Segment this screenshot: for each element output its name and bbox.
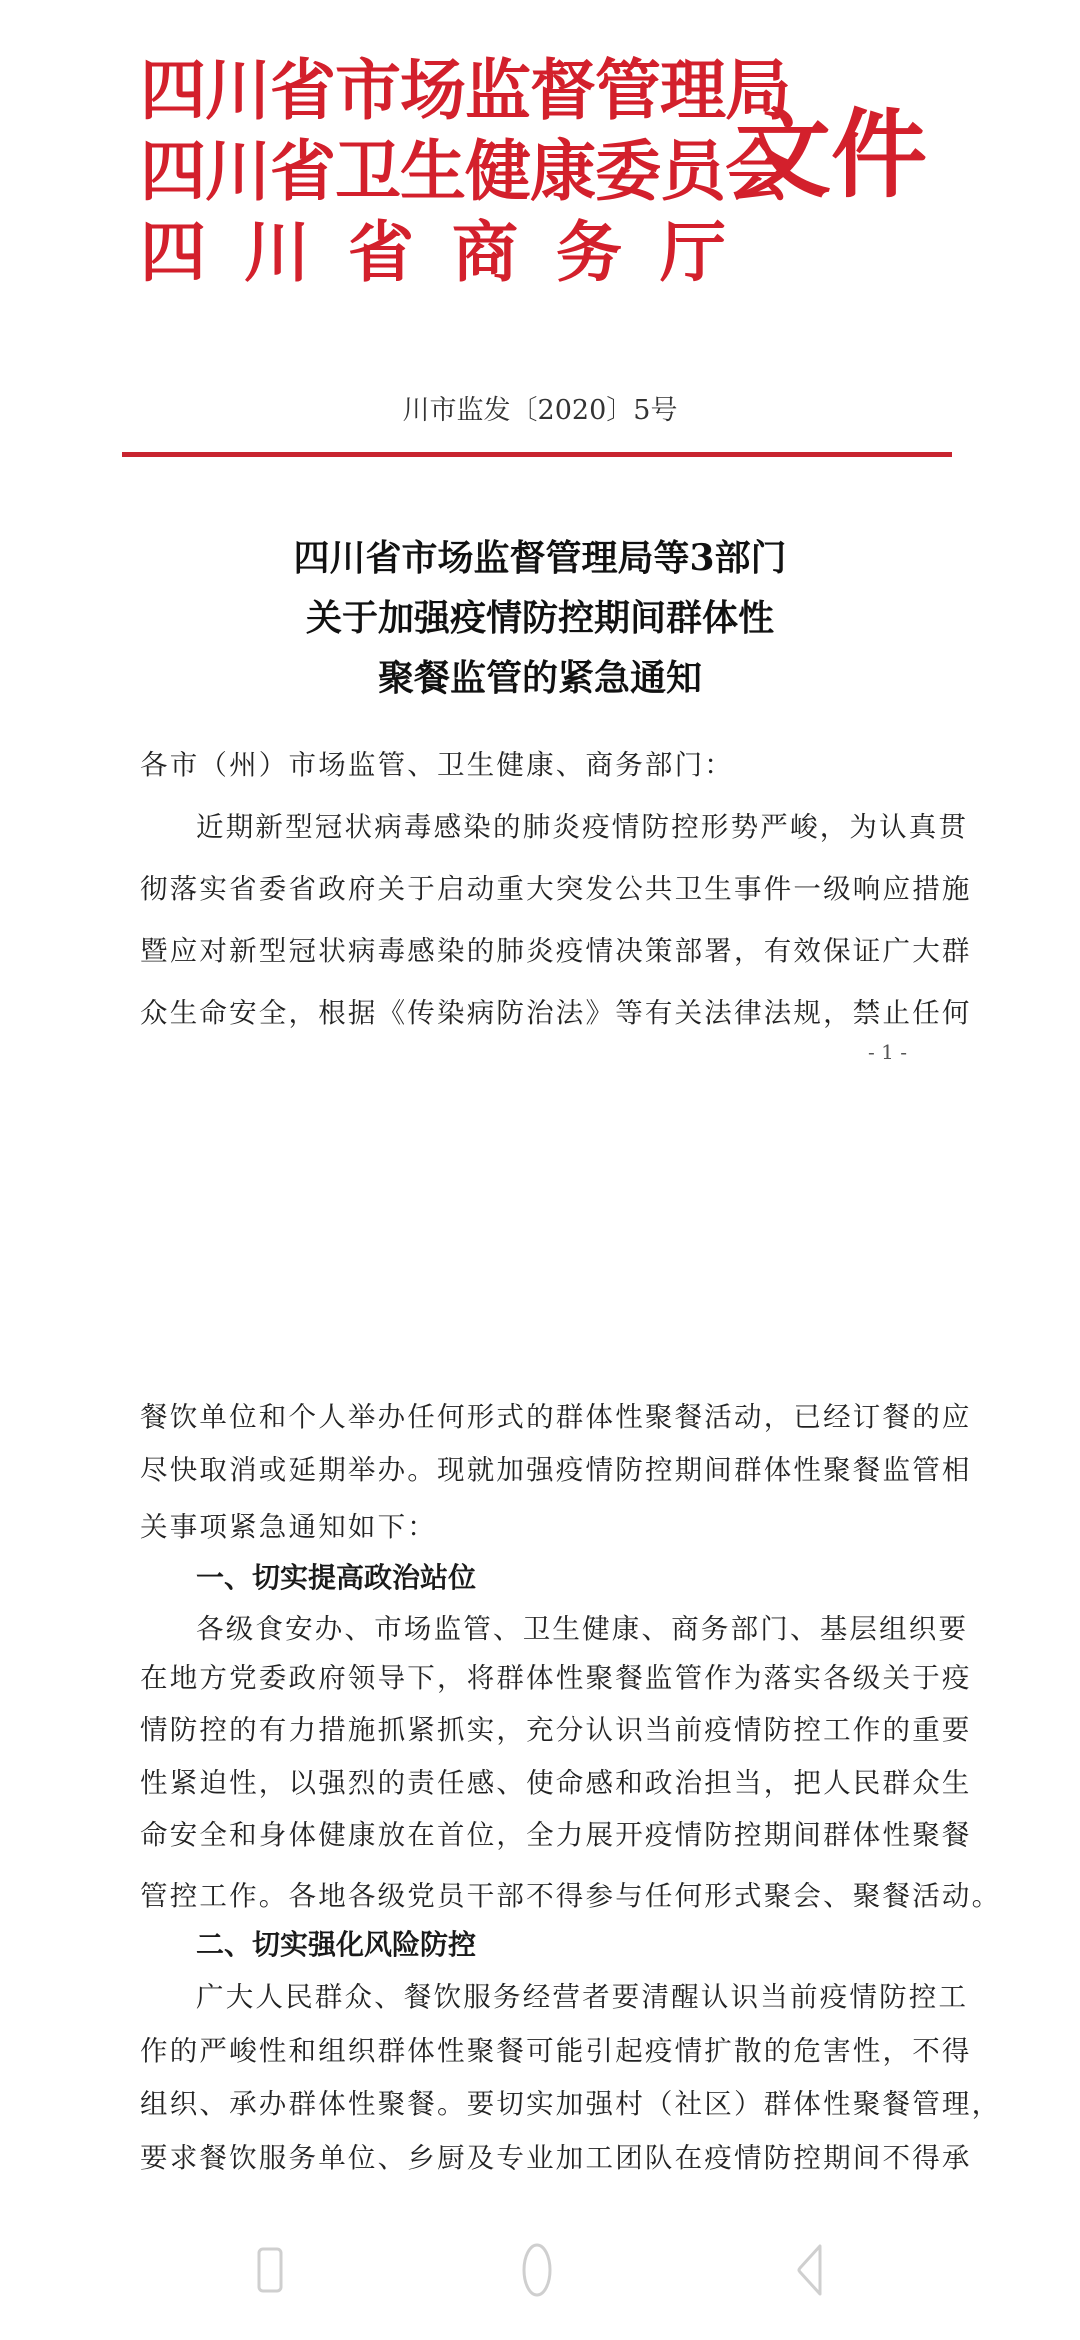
circle-icon bbox=[520, 2242, 554, 2298]
body-line: 作的严峻性和组织群体性聚餐可能引起疫情扩散的危害性，不得 bbox=[140, 2028, 972, 2068]
issuer-line-2: 四川省卫生健康委员会 bbox=[140, 133, 790, 211]
navigation-bar bbox=[0, 2240, 1080, 2300]
body-line: 彻落实省委省政府关于启动重大突发公共卫生事件一级响应措施 bbox=[140, 866, 972, 906]
red-divider-rule bbox=[122, 452, 952, 457]
title-line-3: 聚餐监管的紧急通知 bbox=[0, 650, 1080, 701]
body-line: 餐饮单位和个人举办任何形式的群体性聚餐活动，已经订餐的应 bbox=[140, 1394, 972, 1434]
page-number: - 1 - bbox=[868, 1040, 907, 1064]
doc-type-label: 文件 bbox=[735, 100, 927, 210]
document-number: 川市监发〔2020〕5号 bbox=[0, 388, 1080, 427]
body-line: 尽快取消或延期举办。现就加强疫情防控期间群体性聚餐监管相 bbox=[140, 1447, 972, 1487]
body-line: 近期新型冠状病毒感染的肺炎疫情防控形势严峻，为认真贯 bbox=[196, 804, 968, 844]
body-line: 关事项紧急通知如下： bbox=[140, 1504, 437, 1544]
recents-button[interactable] bbox=[240, 2240, 300, 2300]
body-line: 要求餐饮服务单位、乡厨及专业加工团队在疫情防控期间不得承 bbox=[140, 2135, 972, 2175]
title-line-1: 四川省市场监督管理局等3部门 bbox=[0, 530, 1080, 581]
body-line: 情防控的有力措施抓紧抓实，充分认识当前疫情防控工作的重要 bbox=[140, 1707, 972, 1747]
body-line: 暨应对新型冠状病毒感染的肺炎疫情决策部署，有效保证广大群 bbox=[140, 928, 972, 968]
salutation: 各市（州）市场监管、卫生健康、商务部门： bbox=[140, 742, 734, 782]
triangle-back-icon bbox=[795, 2242, 825, 2298]
issuer-line-1: 四川省市场监督管理局 bbox=[140, 52, 790, 130]
body-line: 广大人民群众、餐饮服务经营者要清醒认识当前疫情防控工 bbox=[196, 1974, 968, 2014]
body-line: 组织、承办群体性聚餐。要切实加强村（社区）群体性聚餐管理， bbox=[140, 2081, 1001, 2121]
body-line: 命安全和身体健康放在首位，全力展开疫情防控期间群体性聚餐 bbox=[140, 1812, 972, 1852]
title-line-2: 关于加强疫情防控期间群体性 bbox=[0, 590, 1080, 641]
home-button[interactable] bbox=[507, 2240, 567, 2300]
body-line: 管控工作。各地各级党员干部不得参与任何形式聚会、聚餐活动。 bbox=[140, 1873, 1001, 1913]
body-line: 性紧迫性，以强烈的责任感、使命感和政治担当，把人民群众生 bbox=[140, 1760, 972, 1800]
section-heading-2: 二、切实强化风险防控 bbox=[196, 1923, 476, 1963]
back-button[interactable] bbox=[780, 2240, 840, 2300]
body-line: 各级食安办、市场监管、卫生健康、商务部门、基层组织要 bbox=[196, 1606, 968, 1646]
square-icon bbox=[257, 2247, 283, 2293]
issuer-line-3: 四川省商务厅 bbox=[140, 214, 764, 292]
section-heading-1: 一、切实提高政治站位 bbox=[196, 1556, 476, 1596]
body-line: 众生命安全，根据《传染病防治法》等有关法律法规，禁止任何 bbox=[140, 990, 972, 1030]
body-line: 在地方党委政府领导下，将群体性聚餐监管作为落实各级关于疫 bbox=[140, 1655, 972, 1695]
